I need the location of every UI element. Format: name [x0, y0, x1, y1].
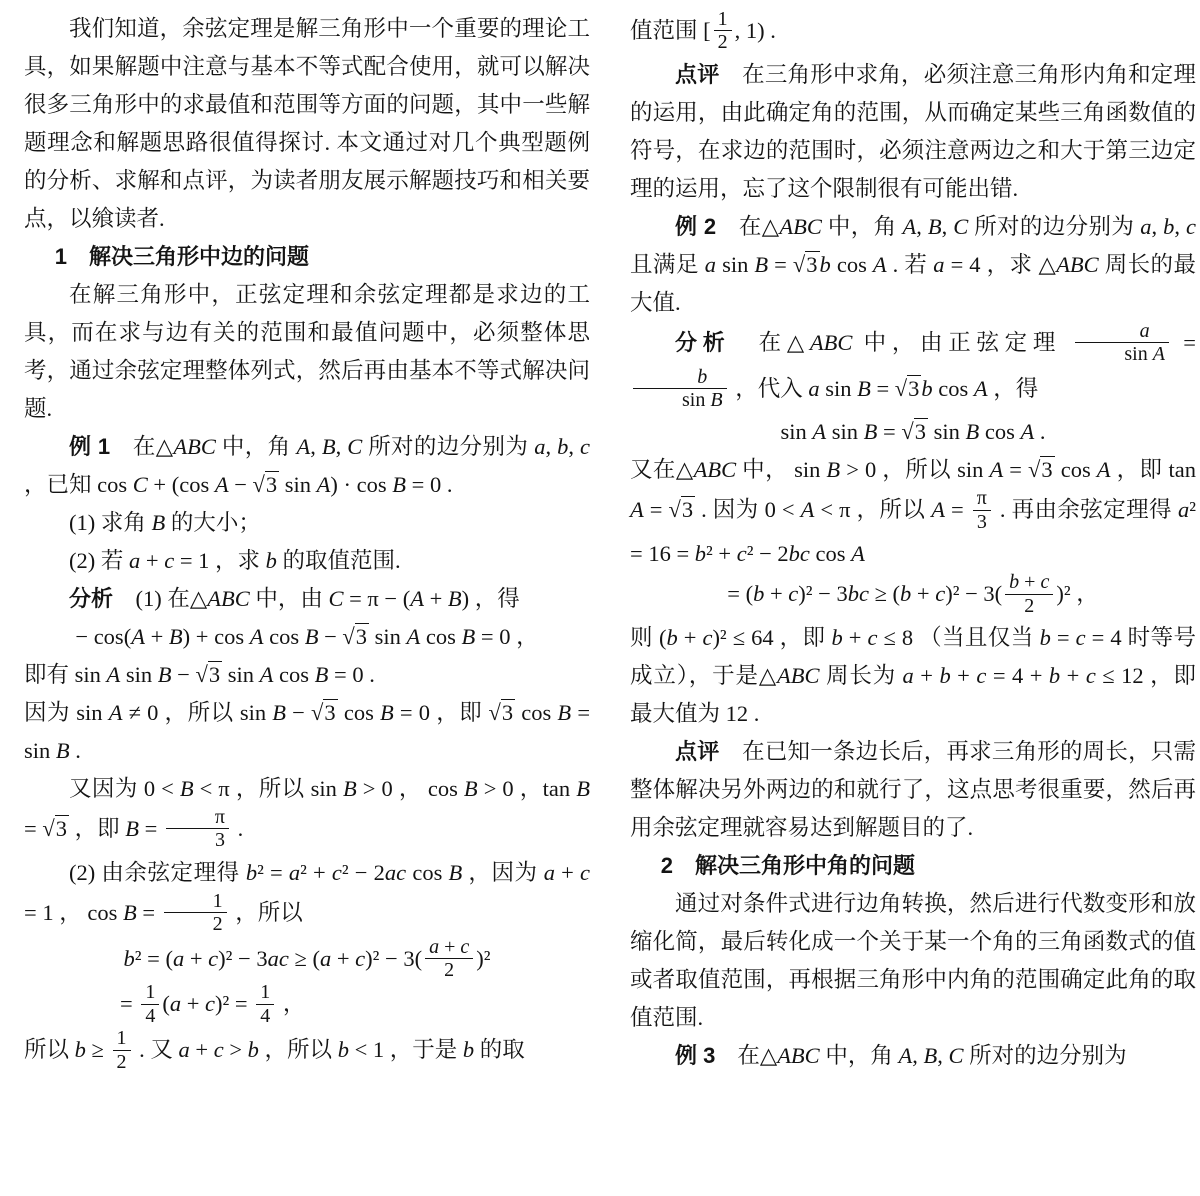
- math-variable: A: [851, 541, 865, 566]
- math-variable: c: [460, 936, 469, 958]
- text-run: 的取值范围.: [277, 548, 401, 573]
- bold-label: 例 1: [69, 434, 133, 459]
- math-function: sin: [285, 472, 311, 497]
- bold-label: 分析: [675, 330, 730, 355]
- text-run: （当且仅当: [913, 625, 1040, 650]
- text-run: .: [441, 472, 452, 497]
- text-run: ，因为: [462, 860, 543, 885]
- fraction: 12: [714, 8, 732, 54]
- math-variable: c: [702, 625, 712, 650]
- math-function: sin: [794, 457, 820, 482]
- paragraph: 分析 在△ABC 中，由正弦定理 asin A = bsin B ，代入 a s…: [630, 322, 1196, 414]
- math-run: △ABC: [760, 1043, 820, 1068]
- math-function: sin: [240, 700, 266, 725]
- paragraph: 分析 (1) 在△ABC 中，由 C = π − (A + B) ，得: [24, 580, 590, 618]
- math-run: △ABC: [156, 434, 216, 459]
- math-variable: B: [864, 419, 878, 444]
- math-variable: A: [107, 662, 121, 687]
- math-function: sin: [24, 738, 50, 763]
- math-function: cos: [816, 541, 846, 566]
- math-function: sin: [75, 662, 101, 687]
- math-variable: b: [124, 946, 135, 971]
- math-variable: ABC: [173, 434, 216, 459]
- math-variable: c: [205, 991, 215, 1016]
- math-variable: a: [1178, 497, 1189, 522]
- paragraph: 我们知道，余弦定理是解三角形中一个重要的理论工具，如果解题中注意与基本不等式配合…: [24, 10, 590, 238]
- paragraph: (1) 求角 B 的大小；: [24, 504, 590, 542]
- math-function: cos: [521, 700, 551, 725]
- math-run: )²: [1056, 581, 1070, 606]
- math-run: cos C + (cos A −: [97, 472, 252, 497]
- radicand: 3: [265, 471, 279, 497]
- text-run: 且满足: [630, 252, 705, 277]
- math-variable: a: [544, 860, 555, 885]
- math-variable: b: [248, 1037, 259, 1062]
- math-variable: B: [928, 214, 942, 239]
- math-function: cos: [344, 700, 374, 725]
- math-variable: B: [380, 700, 394, 725]
- section-heading: 2 解决三角形中角的问题: [630, 847, 1196, 885]
- math-variable: a: [289, 860, 300, 885]
- math-variable: a: [534, 434, 545, 459]
- math-variable: A: [296, 434, 310, 459]
- math-variable: A: [630, 497, 644, 522]
- fraction-denominator: sin A: [1075, 343, 1169, 365]
- square-root: √3: [196, 661, 223, 687]
- text-run: 中，由正弦定理: [852, 330, 1072, 355]
- math-run: [: [703, 18, 711, 43]
- paragraph: (2) 若 a + c = 1 ，求 b 的取值范围.: [24, 542, 590, 580]
- text-run: 在: [739, 214, 762, 239]
- fraction-denominator: 3: [166, 829, 229, 851]
- paragraph: 例 2 在△ABC 中，角 A, B, C 所对的边分别为 a, b, c 且满…: [630, 208, 1196, 322]
- math-run: b: [463, 1037, 474, 1062]
- paragraph: 即有 sin A sin B − √3 sin A cos B = 0 .: [24, 656, 590, 694]
- math-run: sin B −: [240, 700, 311, 725]
- math-run: )²: [476, 946, 490, 971]
- paragraph: 例 1 在△ABC 中，角 A, B, C 所对的边分别为 a, b, c ，已…: [24, 428, 590, 504]
- fraction-numerator: π: [166, 806, 229, 829]
- math-variable: ac: [385, 860, 406, 885]
- math-run: b² = (a + c)² − 3ac ≥ (a + c)² − 3(: [124, 946, 423, 971]
- text-run: 中，角: [820, 1043, 899, 1068]
- math-run: cos B =: [87, 900, 160, 925]
- text-run: ，得: [988, 376, 1039, 401]
- math-run: △ABC: [787, 330, 853, 355]
- math-variable: b: [695, 541, 706, 566]
- fraction-denominator: sin B: [633, 389, 727, 411]
- paragraph: 又在△ABC 中， sin B > 0 ，所以 sin A = √3 cos A…: [630, 451, 1196, 573]
- text-run: 因为: [24, 700, 76, 725]
- math-run: sin A cos B = 0: [222, 662, 363, 687]
- math-variable: A: [1020, 419, 1034, 444]
- math-run: (b + c)² ≤ 64: [659, 625, 774, 650]
- math-variable: b: [246, 860, 257, 885]
- fraction: 14: [141, 981, 159, 1027]
- math-variable: ac: [268, 946, 289, 971]
- fraction-denominator: 2: [1005, 595, 1053, 617]
- math-function: cos: [412, 860, 442, 885]
- text-run: ，: [277, 991, 305, 1016]
- math-variable: b: [557, 434, 568, 459]
- math-variable: c: [867, 625, 877, 650]
- math-run: 0 < A < π: [765, 497, 851, 522]
- text-run: 在: [737, 1043, 760, 1068]
- math-function: cos: [94, 624, 124, 649]
- math-run: a sin B =: [808, 376, 894, 401]
- square-root: √3: [488, 699, 515, 725]
- math-run: A, B, C: [898, 1043, 963, 1068]
- math-run: △ABC: [762, 214, 822, 239]
- math-variable: B: [464, 776, 478, 801]
- math-run: △ABC: [676, 457, 736, 482]
- math-run: cos B > 0: [428, 776, 514, 801]
- math-run: a, b, c: [1140, 214, 1196, 239]
- fraction-numerator: 1: [141, 981, 159, 1004]
- math-run: a, b, c: [534, 434, 590, 459]
- math-run: A, B, C: [902, 214, 968, 239]
- paragraph: 值范围 [12, 1) .: [630, 10, 1196, 56]
- math-variable: A: [407, 624, 421, 649]
- math-run: cos A: [1055, 457, 1111, 482]
- math-variable: b: [753, 581, 764, 606]
- math-function: sin: [722, 252, 748, 277]
- text-run: ，得: [469, 586, 520, 611]
- text-run: . 若: [887, 252, 934, 277]
- text-run: 在: [133, 434, 156, 459]
- math-variable: C: [347, 434, 362, 459]
- text-run: 中，角: [822, 214, 903, 239]
- radicand: 3: [355, 623, 369, 649]
- math-run: b cos A: [820, 252, 887, 277]
- display-equation: = 14(a + c)² = 14 ，: [24, 983, 590, 1029]
- math-variable: a: [173, 946, 184, 971]
- fraction-denominator: 2: [425, 959, 473, 981]
- text-run: ，已知: [24, 472, 97, 497]
- math-run: b ≥: [75, 1037, 110, 1062]
- math-variable: A: [1153, 343, 1165, 365]
- math-run: b = c = 4: [1040, 625, 1122, 650]
- math-function: cos: [214, 624, 244, 649]
- math-run: sin A) · cos B = 0: [279, 472, 441, 497]
- bold-label: 例 3: [675, 1043, 737, 1068]
- text-run: ，于是: [384, 1037, 463, 1062]
- math-variable: B: [305, 624, 319, 649]
- math-run: a sin B =: [705, 252, 793, 277]
- math-run: , 1): [735, 18, 765, 43]
- math-variable: B: [754, 252, 768, 277]
- text-run: 中，由: [250, 586, 329, 611]
- square-root: √3: [793, 251, 820, 277]
- text-run: 所对的边分别为: [963, 1043, 1126, 1068]
- text-run: 则: [630, 625, 659, 650]
- paragraph: 所以 b ≥ 12 . 又 a + c > b ，所以 b < 1 ，于是 b …: [24, 1029, 590, 1075]
- text-run: 的大小；: [165, 510, 261, 535]
- math-variable: B: [322, 434, 336, 459]
- math-run: a + b + c = 4 + b + c ≤ 12: [903, 663, 1144, 688]
- math-function: cos: [357, 472, 387, 497]
- math-variable: b: [338, 1037, 349, 1062]
- text-run: ，: [1071, 581, 1099, 606]
- paragraph: 点评 在三角形中求角，必须注意三角形内角和定理的运用，由此确定角的范围，从而确定…: [630, 56, 1196, 208]
- fraction: 12: [164, 890, 227, 936]
- math-variable: A: [812, 419, 826, 444]
- math-variable: c: [580, 434, 590, 459]
- math-variable: c: [976, 663, 986, 688]
- fraction-denominator: 2: [113, 1051, 131, 1073]
- math-variable: c: [1076, 625, 1086, 650]
- math-variable: a: [933, 252, 944, 277]
- math-run: sin A cos B = 0: [369, 624, 510, 649]
- math-variable: B: [315, 662, 329, 687]
- math-variable: B: [180, 776, 194, 801]
- display-equation: b² = (a + c)² − 3ac ≥ (a + c)² − 3(a + c…: [24, 938, 590, 984]
- math-variable: A: [1097, 457, 1111, 482]
- square-root: √3: [253, 471, 280, 497]
- math-run: △ABC: [190, 586, 250, 611]
- math-variable: A: [902, 214, 916, 239]
- text-run: 所以: [24, 1037, 75, 1062]
- math-variable: A: [250, 624, 264, 649]
- text-run: 又在: [630, 457, 676, 482]
- fraction-denominator: 4: [256, 1005, 274, 1027]
- radicand: 3: [805, 251, 819, 277]
- two-column-layout: 我们知道，余弦定理是解三角形中一个重要的理论工具，如果解题中注意与基本不等式配合…: [0, 0, 1200, 1075]
- fraction-numerator: a: [1075, 320, 1169, 343]
- math-variable: b: [1009, 571, 1019, 593]
- text-run: ，代入: [730, 376, 809, 401]
- math-function: cos: [426, 624, 456, 649]
- math-variable: B: [123, 900, 137, 925]
- math-run: sin A =: [957, 457, 1028, 482]
- math-variable: c: [208, 946, 218, 971]
- math-run: A =: [931, 497, 970, 522]
- math-variable: ABC: [777, 1043, 820, 1068]
- fraction: π3: [973, 487, 991, 533]
- math-variable: B: [710, 389, 722, 411]
- math-variable: c: [580, 860, 590, 885]
- text-run: 我们知道，余弦定理是解三角形中一个重要的理论工具，如果解题中注意与基本不等式配合…: [24, 16, 590, 231]
- math-function: cos: [179, 472, 209, 497]
- math-variable: C: [328, 586, 343, 611]
- math-variable: c: [1040, 571, 1049, 593]
- fraction: 12: [113, 1027, 131, 1073]
- square-root: √3: [901, 418, 928, 444]
- math-run: a = 4: [933, 252, 980, 277]
- radicand: 3: [907, 375, 921, 401]
- math-variable: a: [170, 991, 181, 1016]
- math-run: =: [1172, 330, 1196, 355]
- math-variable: A: [410, 586, 424, 611]
- math-variable: c: [332, 860, 342, 885]
- math-variable: b: [666, 625, 677, 650]
- math-variable: ABC: [207, 586, 250, 611]
- text-run: 在解三角形中，正弦定理和余弦定理都是求边的工具，而在求与边有关的范围和最值问题中…: [24, 282, 590, 421]
- text-run: (1) 求角: [69, 510, 152, 535]
- display-equation: − cos(A + B) + cos A cos B − √3 sin A co…: [24, 618, 590, 656]
- text-run: ，: [393, 776, 428, 801]
- math-function: sin: [832, 419, 858, 444]
- text-run: . 再由余弦定理得: [994, 497, 1178, 522]
- math-variable: b: [900, 581, 911, 606]
- display-equation: = (b + c)² − 3bc ≥ (b + c)² − 3(b + c2)²…: [630, 573, 1196, 619]
- text-run: 在: [730, 330, 786, 355]
- math-run: =: [120, 991, 138, 1016]
- text-run: ，即: [774, 625, 832, 650]
- math-variable: b: [266, 548, 277, 573]
- math-function: cos: [938, 376, 968, 401]
- fraction-numerator: a + c: [425, 936, 473, 959]
- math-variable: c: [737, 541, 747, 566]
- math-variable: A: [109, 700, 123, 725]
- math-variable: c: [355, 946, 365, 971]
- paragraph: 例 3 在△ABC 中，角 A, B, C 所对的边分别为: [630, 1037, 1196, 1075]
- text-run: ，所以: [876, 457, 957, 482]
- paragraph: (2) 由余弦定理得 b² = a² + c² − 2ac cos B ，因为 …: [24, 854, 590, 938]
- text-run: .: [364, 662, 375, 687]
- math-run: 12: [726, 701, 749, 726]
- math-variable: a: [320, 946, 331, 971]
- radicand: 3: [914, 418, 928, 444]
- math-variable: b: [1049, 663, 1060, 688]
- radicand: 3: [501, 699, 515, 725]
- math-function: cos: [97, 472, 127, 497]
- math-run: a + c > b: [179, 1037, 259, 1062]
- text-run: 1 解决三角形中边的问题: [55, 244, 309, 269]
- display-equation: sin A sin B = √3 sin B cos A .: [630, 413, 1196, 451]
- math-variable: b: [939, 663, 950, 688]
- math-function: sin: [311, 776, 337, 801]
- paragraph: 则 (b + c)² ≤ 64 ，即 b + c ≤ 8 （当且仅当 b = c…: [630, 619, 1196, 733]
- math-variable: A: [931, 497, 945, 522]
- paragraph: 在解三角形中，正弦定理和余弦定理都是求边的工具，而在求与边有关的范围和最值问题中…: [24, 276, 590, 428]
- math-variable: a: [1140, 320, 1150, 342]
- text-run: ，所以: [230, 776, 311, 801]
- math-run: sin A ≠ 0: [76, 700, 158, 725]
- text-run: (2) 由余弦定理得: [69, 860, 246, 885]
- math-variable: b: [1163, 214, 1174, 239]
- text-run: ，即: [1111, 457, 1169, 482]
- math-variable: B: [152, 510, 166, 535]
- math-variable: a: [705, 252, 716, 277]
- radicand: 3: [323, 699, 337, 725]
- math-function: cos: [87, 900, 117, 925]
- math-function: cos: [1061, 457, 1091, 482]
- text-run: (1) 在: [113, 586, 190, 611]
- math-variable: a: [179, 1037, 190, 1062]
- math-run: C = π − (A + B): [328, 586, 469, 611]
- text-run: . 又: [134, 1037, 179, 1062]
- math-function: tan: [543, 776, 571, 801]
- text-run: 即有: [24, 662, 75, 687]
- text-run: ，求: [209, 548, 265, 573]
- math-variable: a: [129, 548, 140, 573]
- fraction: asin A: [1075, 320, 1169, 366]
- math-variable: B: [125, 816, 139, 841]
- math-variable: ABC: [779, 214, 822, 239]
- math-run: cos B = 0: [338, 700, 430, 725]
- text-run: .: [1034, 419, 1045, 444]
- math-function: cos: [269, 624, 299, 649]
- math-run: sin B > 0: [311, 776, 393, 801]
- math-variable: b: [1040, 625, 1051, 650]
- math-run: b² = a² + c² − 2ac cos B: [246, 860, 462, 885]
- text-run: 中，: [736, 457, 794, 482]
- math-function: sin: [682, 389, 705, 411]
- math-run: = (b + c)² − 3bc ≥ (b + c)² − 3(: [727, 581, 1002, 606]
- text-run: .: [748, 701, 759, 726]
- math-run: sin A sin B =: [781, 419, 902, 444]
- fraction-numerator: b + c: [1005, 571, 1053, 594]
- math-variable: A: [215, 472, 229, 497]
- text-run: 所对的边分别为: [362, 434, 534, 459]
- math-variable: c: [1086, 663, 1096, 688]
- paragraph: 又因为 0 < B < π ，所以 sin B > 0 ， cos B > 0 …: [24, 770, 590, 854]
- text-run: ，所以: [851, 497, 932, 522]
- column-left: 我们知道，余弦定理是解三角形中一个重要的理论工具，如果解题中注意与基本不等式配合…: [24, 10, 590, 1075]
- math-run: B: [152, 510, 166, 535]
- text-run: ，: [510, 624, 538, 649]
- math-variable: b: [831, 625, 842, 650]
- math-run: b + c ≤ 8: [831, 625, 913, 650]
- fraction-numerator: 1: [164, 890, 227, 913]
- fraction-denominator: 2: [164, 913, 227, 935]
- text-run: 中，角: [216, 434, 297, 459]
- math-variable: A: [989, 457, 1003, 482]
- square-root: √3: [342, 623, 369, 649]
- fraction: a + c2: [425, 936, 473, 982]
- text-run: ，求: [981, 252, 1039, 277]
- math-variable: c: [214, 1037, 224, 1062]
- document-page: 我们知道，余弦定理是解三角形中一个重要的理论工具，如果解题中注意与基本不等式配合…: [0, 0, 1200, 1196]
- math-variable: A: [873, 252, 887, 277]
- text-run: 值范围: [630, 18, 703, 43]
- fraction: bsin B: [633, 366, 727, 412]
- math-variable: ABC: [810, 330, 853, 355]
- fraction-denominator: 4: [141, 1005, 159, 1027]
- radicand: 3: [681, 496, 695, 522]
- paragraph: 通过对条件式进行边角转换，然后进行代数变形和放缩化简，最后转化成一个关于某一个角…: [630, 885, 1196, 1037]
- math-variable: a: [808, 376, 819, 401]
- math-variable: C: [133, 472, 148, 497]
- math-variable: c: [935, 581, 945, 606]
- math-function: sin: [825, 376, 851, 401]
- math-variable: a: [1140, 214, 1151, 239]
- math-variable: B: [56, 738, 70, 763]
- text-run: 通过对条件式进行边角转换，然后进行代数变形和放缩化简，最后转化成一个关于某一个角…: [630, 891, 1196, 1030]
- math-function: cos: [985, 419, 1015, 444]
- math-variable: bc: [848, 581, 869, 606]
- math-run: b cos A: [921, 376, 987, 401]
- fraction: π3: [166, 806, 229, 852]
- math-variable: B: [158, 662, 172, 687]
- math-variable: b: [820, 252, 831, 277]
- math-variable: bc: [789, 541, 810, 566]
- math-run: sin B cos A: [928, 419, 1034, 444]
- math-function: sin: [375, 624, 401, 649]
- math-function: sin: [934, 419, 960, 444]
- text-run: .: [70, 738, 81, 763]
- math-run: sin A sin B −: [75, 662, 196, 687]
- math-variable: ABC: [1056, 252, 1099, 277]
- math-variable: ABC: [777, 663, 820, 688]
- math-variable: A: [898, 1043, 912, 1068]
- math-variable: c: [788, 581, 798, 606]
- math-run: B =: [125, 816, 163, 841]
- square-root: √3: [42, 815, 69, 841]
- math-variable: ABC: [694, 457, 737, 482]
- bold-label: 点评: [675, 739, 719, 764]
